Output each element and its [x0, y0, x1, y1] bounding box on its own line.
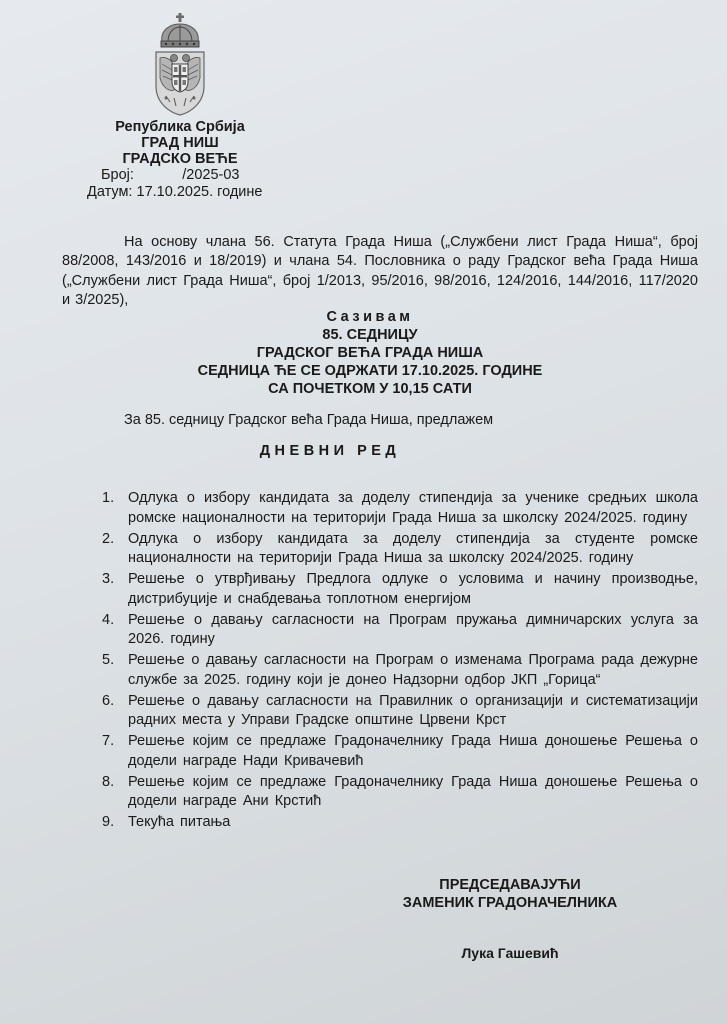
proposal-line: За 85. седницу Градског већа Града Ниша,…: [124, 411, 493, 429]
country-name: Република Србија: [60, 119, 300, 135]
city-name: ГРАД НИШ: [60, 135, 300, 151]
agenda-item: 1.Одлука о избору кандидата за доделу ст…: [94, 489, 698, 528]
letterhead: Република Србија ГРАД НИШ ГРАДСКО ВЕЋЕ Б…: [60, 12, 300, 201]
session-start-time: СА ПОЧЕТКОМ У 10,15 САТИ: [150, 380, 590, 398]
agenda-item: 5.Решење о давању сагласности на Програм…: [94, 651, 698, 690]
agenda-item: 2.Одлука о избору кандидата за доделу ст…: [94, 530, 698, 569]
convene-verb: Сазивам: [150, 308, 590, 326]
agenda-item: 3.Решење о утврђивању Предлога одлуке о …: [94, 570, 698, 609]
date-label: Датум:: [87, 184, 132, 200]
signatory-name: Лука Гашевић: [380, 945, 640, 961]
agenda-item: 8.Решење којим се предлаже Градоначелник…: [94, 773, 698, 812]
coat-of-arms-icon: [152, 12, 208, 116]
session-number: 85. СЕДНИЦУ: [150, 326, 590, 344]
agenda-item: 9.Текућа питања: [94, 813, 698, 833]
council-name: ГРАДСКО ВЕЋЕ: [60, 151, 300, 167]
agenda-list: 1.Одлука о избору кандидата за доделу ст…: [94, 489, 698, 834]
session-date: СЕДНИЦА ЋЕ СЕ ОДРЖАТИ 17.10.2025. ГОДИНЕ: [150, 362, 590, 380]
agenda-item: 4.Решење о давању сагласности на Програм…: [94, 611, 698, 650]
date-value: 17.10.2025. године: [137, 184, 263, 200]
document-number: Број: /2025-03: [60, 167, 300, 184]
number-value: /2025-03: [182, 167, 239, 183]
document-page: Република Србија ГРАД НИШ ГРАДСКО ВЕЋЕ Б…: [0, 0, 727, 1024]
agenda-title: ДНЕВНИ РЕД: [200, 443, 460, 459]
document-date: Датум: 17.10.2025. године: [60, 184, 300, 201]
signatory-title: ПРЕДСЕДАВАЈУЋИ: [380, 876, 640, 894]
signatory-role: ЗАМЕНИК ГРАДОНАЧЕЛНИКА: [380, 894, 640, 912]
number-label: Број:: [101, 167, 134, 183]
agenda-item: 6.Решење о давању сагласности на Правилн…: [94, 692, 698, 731]
council-body: ГРАДСКОГ ВЕЋА ГРАДА НИША: [150, 344, 590, 362]
agenda-item: 7.Решење којим се предлаже Градоначелник…: [94, 732, 698, 771]
convocation-block: Сазивам 85. СЕДНИЦУ ГРАДСКОГ ВЕЋА ГРАДА …: [150, 308, 590, 398]
signature-block: ПРЕДСЕДАВАЈУЋИ ЗАМЕНИК ГРАДОНАЧЕЛНИКА: [380, 876, 640, 912]
legal-basis-paragraph: На основу члана 56. Статута Града Ниша (…: [62, 233, 698, 311]
